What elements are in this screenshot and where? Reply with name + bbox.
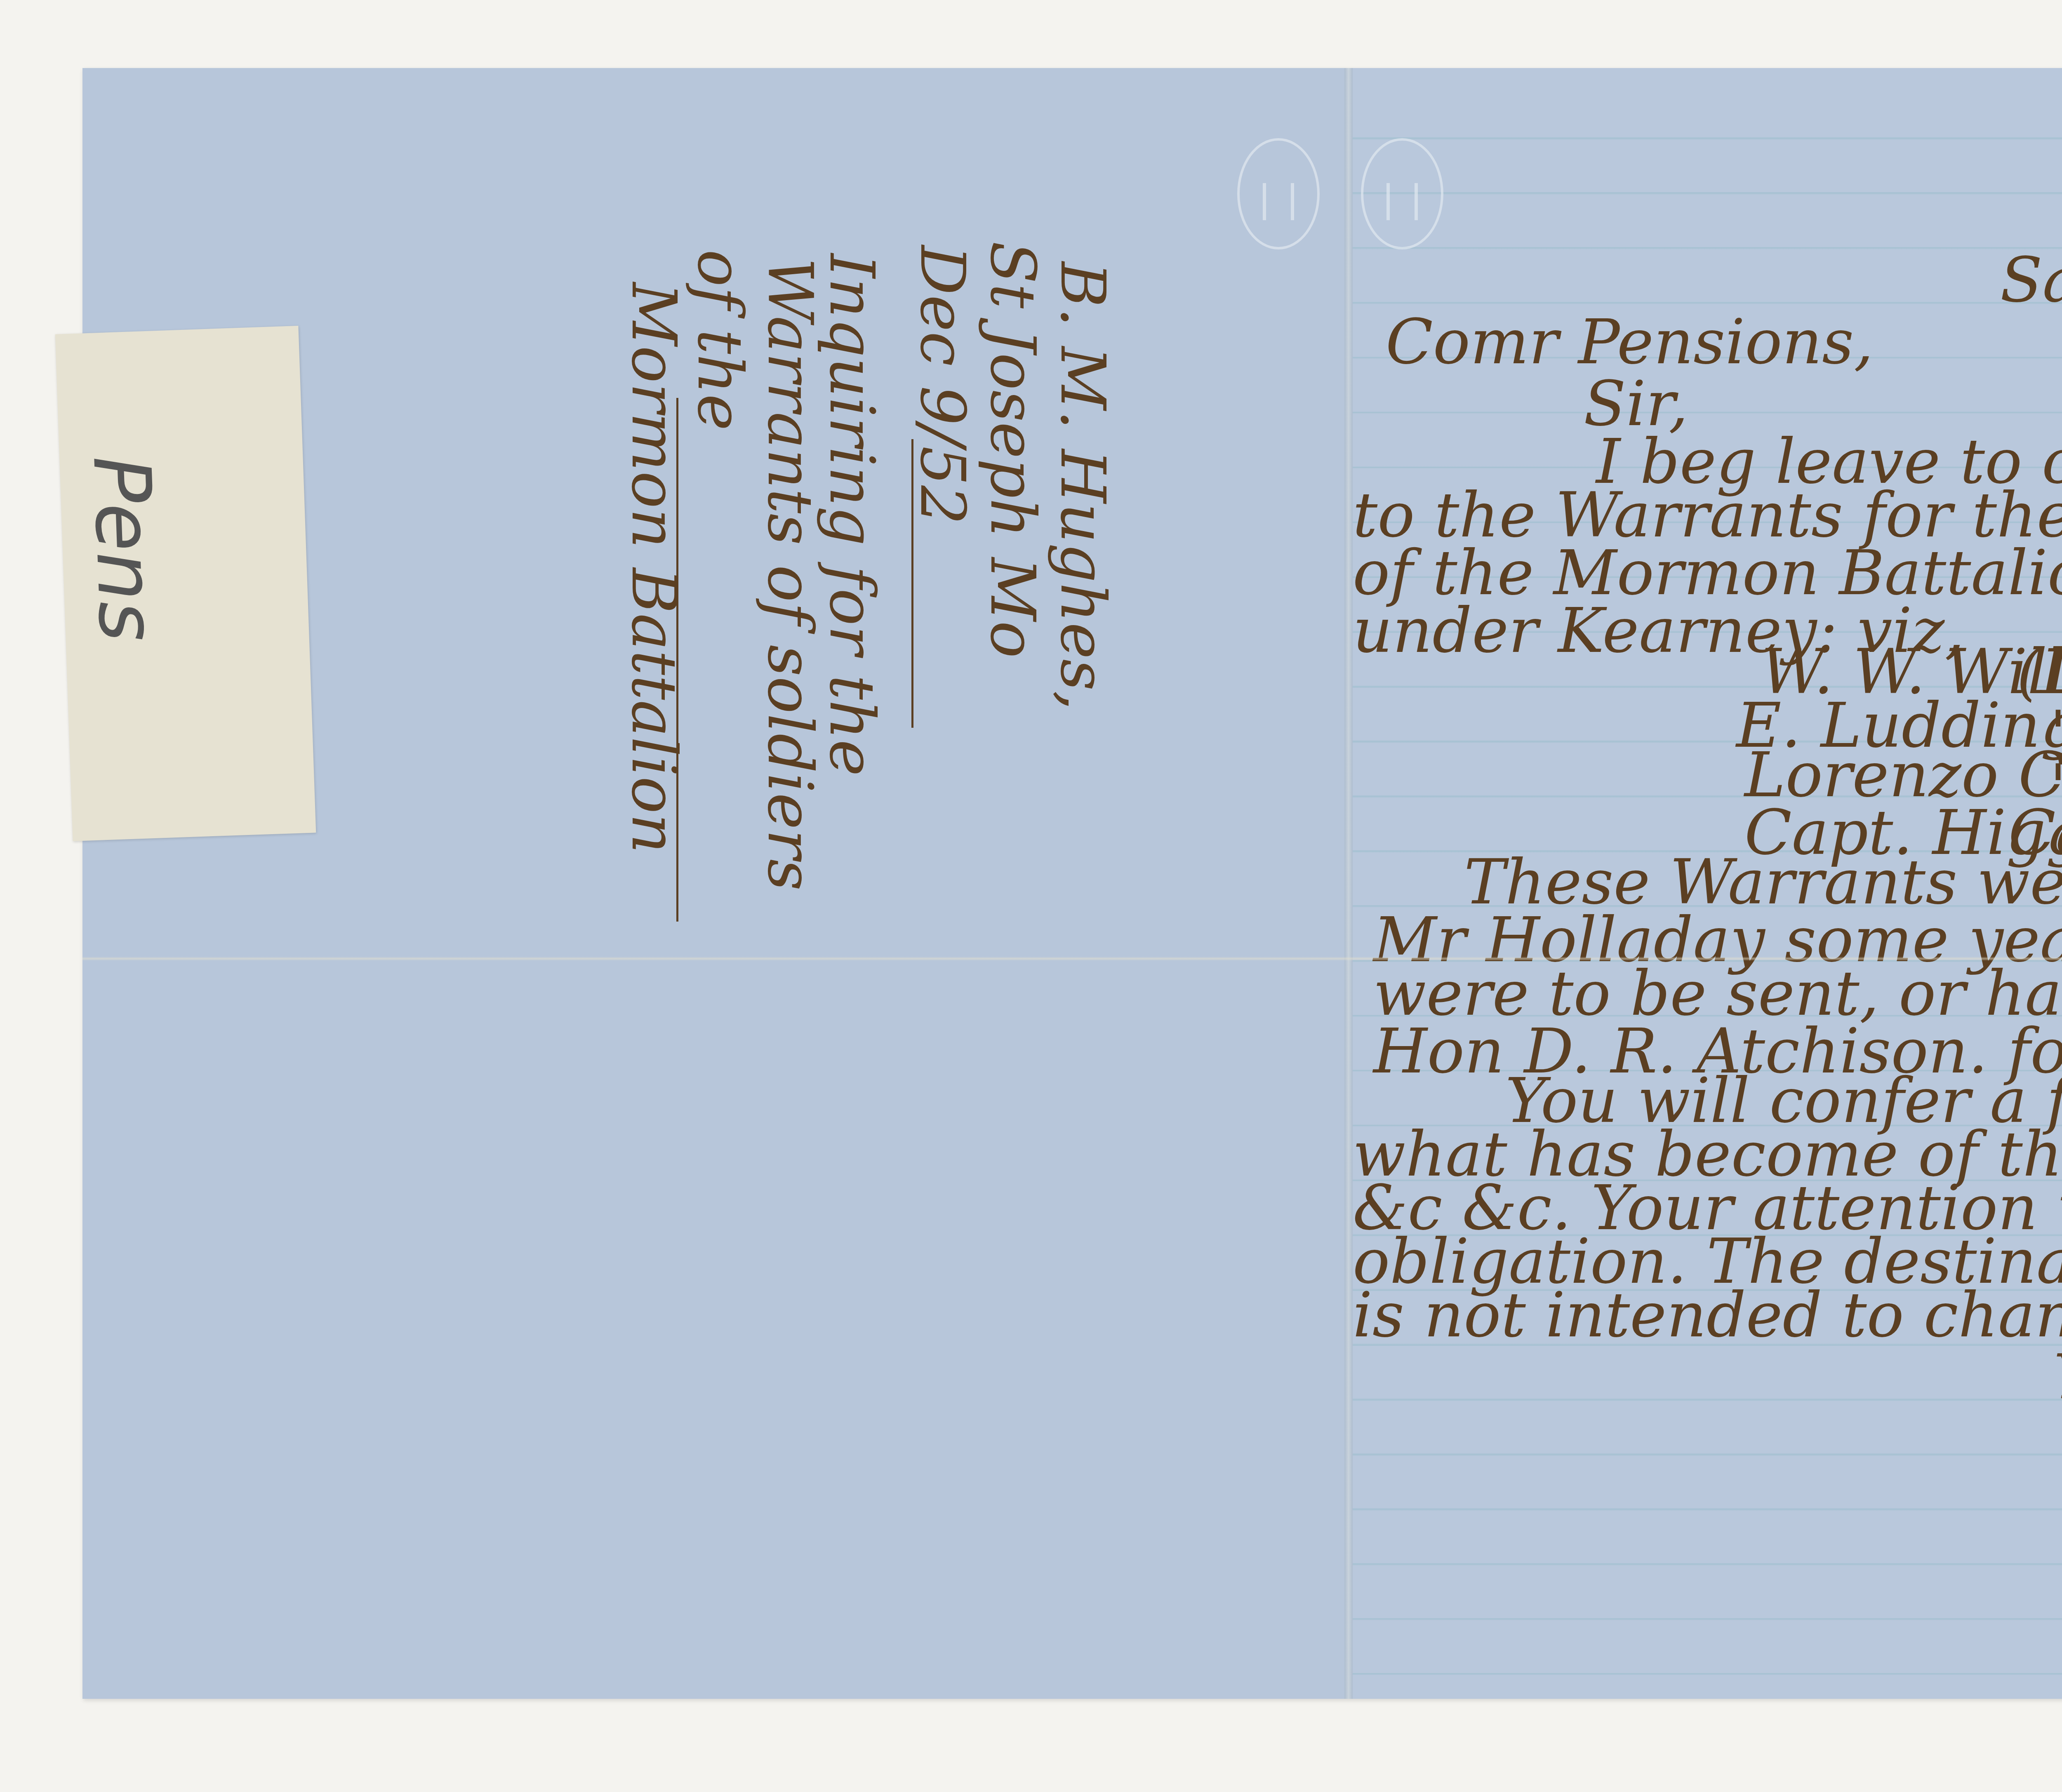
- docket: Dec 9/52: [911, 245, 973, 525]
- docket-underline: [676, 398, 678, 922]
- center-fold: [1344, 68, 1353, 1699]
- docket-line: B. M. Hughes,: [1052, 262, 1113, 710]
- body-line: is not intended to change.: [1353, 1284, 2062, 1346]
- left-page: B. M. Hughes, St Joseph Mo Dec 9/52 Inqu…: [82, 68, 1349, 1699]
- docket-line: Warrants of soldiers: [759, 258, 821, 891]
- embossed-seal-icon: [1361, 138, 1443, 249]
- docket: Warrants of soldiers: [759, 258, 821, 891]
- letter-place: Saint Joseph Missouri: [2000, 249, 2062, 311]
- letter-closing: Yr obt Svt: [2054, 1346, 2062, 1408]
- letter-addressee: Comr Pensions,: [1386, 311, 1874, 373]
- docket-line: Dec 9/52: [911, 245, 973, 525]
- slip-pencil-note: Pens: [75, 454, 173, 643]
- docket-line: Inquiring for the: [821, 254, 883, 776]
- pencil-note-slip: Pens: [55, 326, 316, 841]
- docket-line: Mormon Battalion: [623, 282, 685, 854]
- docket: Inquiring for the: [821, 254, 883, 776]
- docket: St Joseph Mo: [982, 241, 1043, 658]
- docket-line: of the: [689, 249, 751, 430]
- docket: Mormon Battalion: [623, 282, 685, 854]
- docket: B. M. Hughes,: [1052, 262, 1113, 710]
- docket: of the: [689, 249, 751, 430]
- embossed-seal-icon: [1237, 138, 1320, 249]
- docket-line: St Joseph Mo: [982, 241, 1043, 658]
- horizontal-fold: [82, 957, 2062, 961]
- letter-sheet: B. M. Hughes, St Joseph Mo Dec 9/52 Inqu…: [82, 68, 2062, 1699]
- docket-divider: [911, 439, 913, 728]
- right-page: Saint Joseph Missouri 9. Dec 1852 Comr P…: [1349, 68, 2062, 1699]
